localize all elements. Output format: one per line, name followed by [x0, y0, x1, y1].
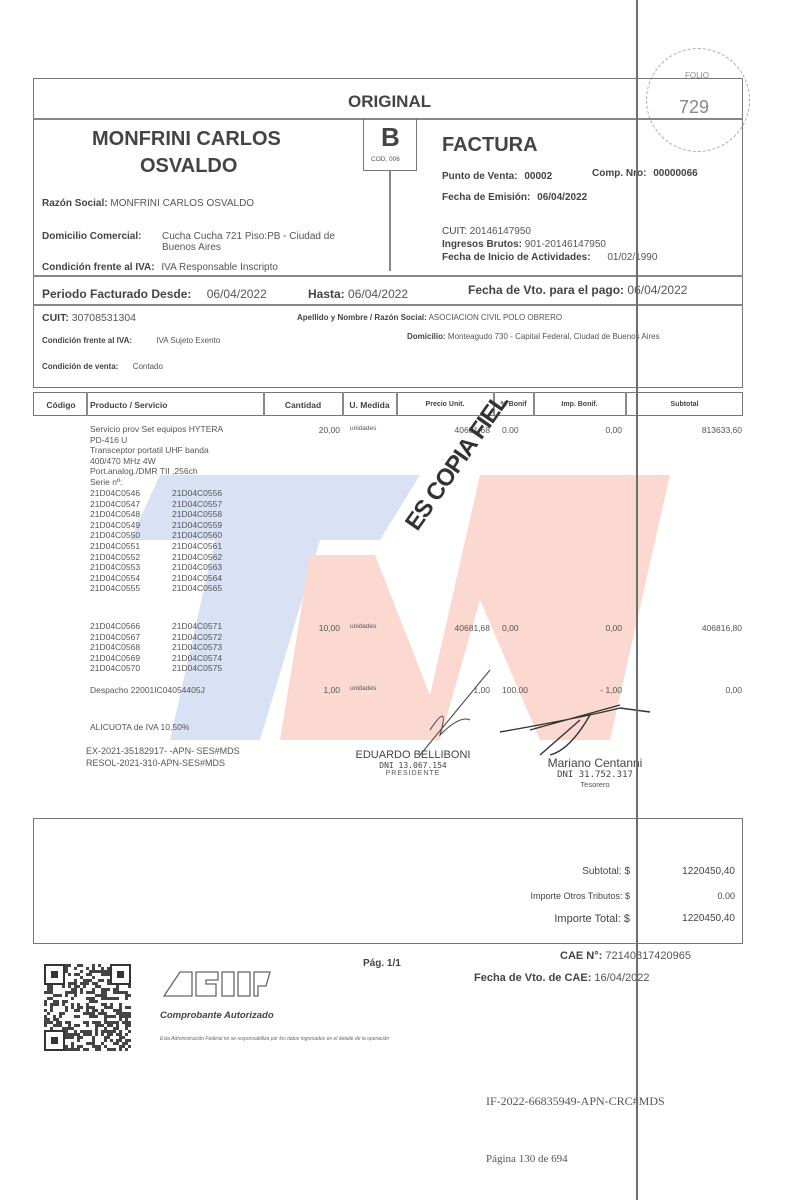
inicio-actividades-label: Fecha de Inicio de Actividades:: [442, 252, 591, 263]
cae-vto: Fecha de Vto. de CAE: 16/04/2022: [474, 972, 649, 984]
cae-value: 72140817420965: [605, 950, 691, 962]
ingresos-brutos-label: Ingresos Brutos:: [442, 239, 522, 250]
document-id: IF-2022-66835949-APN-CRC#MDS: [486, 1094, 665, 1109]
row-imp-bonif: 0,00: [540, 623, 622, 633]
importe-total-value: 1220450,40: [640, 913, 735, 924]
afip-logo: [162, 968, 272, 998]
row-bonif: 0,00: [502, 623, 542, 633]
client-cuit-label: CUIT:: [42, 312, 69, 324]
period-desde-value: 06/04/2022: [207, 287, 267, 301]
serial-row: 21D04C057021D04C0575: [90, 663, 222, 674]
issuer-iva-label: Condición frente al IVA:: [42, 262, 155, 273]
row-unidad: unidades: [350, 425, 400, 432]
serial-row: 21D04C056621D04C0571: [90, 621, 222, 632]
ingresos-brutos-value: 901-20146147950: [525, 239, 606, 250]
client-venta: Condición de venta: Contado: [42, 362, 163, 371]
client-nombre-value: ASOCIACION CIVIL POLO OBRERO: [429, 313, 563, 322]
cae-label: CAE N°:: [560, 950, 602, 962]
punto-venta-value: 00002: [524, 171, 552, 182]
signature-scribbles: [380, 660, 660, 760]
cae-vto-label: Fecha de Vto. de CAE:: [474, 972, 591, 984]
client-venta-label: Condición de venta:: [42, 362, 118, 371]
cae-number: CAE N°: 72140817420965: [560, 950, 691, 962]
row-cantidad: 10,00: [270, 623, 340, 633]
copy-label: ORIGINAL: [348, 92, 431, 112]
th-codigo: Código: [36, 394, 86, 416]
th-subtotal: Subtotal: [626, 394, 743, 416]
serial-row: 21D04C054921D04C0559: [90, 520, 222, 531]
signer-name: Mariano Centanni: [530, 756, 660, 770]
row-unidad: unidades: [350, 623, 400, 630]
issuer-name-line1: MONFRINI CARLOS: [92, 128, 281, 151]
serials-group-2: 21D04C056621D04C057121D04C056721D04C0572…: [90, 621, 222, 674]
invoice-title: FACTURA: [442, 134, 538, 157]
issuer-iva: Condición frente al IVA: IVA Responsable…: [42, 262, 278, 273]
client-domicilio-label: Domicilio:: [407, 332, 446, 341]
period-desde: Periodo Facturado Desde: 06/04/2022: [42, 287, 267, 301]
domicilio-line1: Cucha Cucha 721 Piso:PB - Ciudad de: [162, 231, 335, 242]
fecha-emision-label: Fecha de Emisión:: [442, 192, 530, 203]
row-subtotal: 406816,80: [640, 623, 742, 633]
row-cantidad: 20,00: [270, 425, 340, 435]
period-desde-label: Periodo Facturado Desde:: [42, 287, 191, 301]
serial-row: 21D04C056721D04C0572: [90, 632, 222, 643]
issuer-domicilio-value: Cucha Cucha 721 Piso:PB - Ciudad de Buen…: [162, 231, 335, 253]
item-description: Servicio prov Set equipos HYTERAPD-416 U…: [90, 424, 223, 488]
razon-social-value: MONFRINI CARLOS OSVALDO: [110, 198, 254, 209]
serial-row: 21D04C055321D04C0563: [90, 562, 222, 573]
cuit-value: 20146147950: [470, 226, 531, 237]
serial-row: 21D04C054721D04C0557: [90, 499, 222, 510]
domicilio-line2: Buenos Aires: [162, 242, 335, 253]
client-cuit: CUIT: 30708531304: [42, 312, 136, 324]
th-imp-bonif: Imp. Bonif.: [534, 394, 625, 416]
invoice-type-letter: B: [381, 122, 400, 153]
serials-group-1: 21D04C054621D04C055621D04C054721D04C0557…: [90, 488, 222, 594]
description-line: 400/470 MHz 4W: [90, 456, 223, 467]
serial-row: 21D04C054621D04C0556: [90, 488, 222, 499]
row-imp-bonif: 0,00: [540, 425, 622, 435]
fecha-emision: Fecha de Emisión: 06/04/2022: [442, 192, 587, 203]
subtotal-value: 1220450,40: [640, 866, 735, 877]
punto-venta-label: Punto de Venta:: [442, 171, 518, 182]
ref-expediente: EX-2021-35182917- -APN- SES#MDS: [86, 746, 240, 757]
period-vto-label: Fecha de Vto. para el pago:: [468, 283, 624, 297]
punto-venta: Punto de Venta: 00002: [442, 171, 552, 182]
serial-row: 21D04C055021D04C0560: [90, 530, 222, 541]
importe-total-label: Importe Total: $: [400, 913, 630, 925]
client-cuit-value: 30708531304: [72, 312, 136, 324]
page-indicator: Pág. 1/1: [363, 958, 401, 969]
comprobante-autorizado: Comprobante Autorizado: [160, 1010, 274, 1021]
issuer-name-line2: OSVALDO: [140, 155, 237, 178]
comp-nro-value: 00000066: [653, 168, 698, 179]
serial-row: 21D04C054821D04C0558: [90, 509, 222, 520]
client-nombre-label: Apellido y Nombre / Razón Social:: [297, 313, 427, 322]
client-nombre: Apellido y Nombre / Razón Social: ASOCIA…: [297, 313, 562, 322]
period-hasta-label: Hasta:: [308, 287, 345, 301]
row-subtotal: 813633,60: [640, 425, 742, 435]
afip-disclaimer: Esta Administración Federal no se respon…: [160, 1036, 389, 1042]
signer-role: PRESIDENTE: [348, 770, 478, 777]
razon-social-label: Razón Social:: [42, 198, 108, 209]
qr-code: [44, 964, 132, 1052]
period-vto: Fecha de Vto. para el pago: 06/04/2022: [468, 283, 687, 297]
client-domicilio-value: Monteagudo 730 - Capital Federal, Ciudad…: [448, 332, 660, 341]
inicio-actividades-value: 01/02/1990: [607, 252, 657, 263]
serial-row: 21D04C055421D04C0564: [90, 573, 222, 584]
issuer-tax-info: CUIT: 20146147950 Ingresos Brutos: 901-2…: [442, 225, 657, 264]
serial-row: 21D04C056921D04C0574: [90, 653, 222, 664]
issuer-razon-social: Razón Social: MONFRINI CARLOS OSVALDO: [42, 198, 254, 209]
description-line: Servicio prov Set equipos HYTERA: [90, 424, 223, 435]
client-iva-label: Condición frente al IVA:: [42, 336, 132, 345]
client-iva: Condición frente al IVA: IVA Sujeto Exen…: [42, 336, 220, 345]
comp-nro: Comp. Nro: 00000066: [592, 168, 698, 179]
page-fold-line: [636, 0, 638, 1200]
period-hasta: Hasta: 06/04/2022: [308, 287, 408, 301]
alicuota-iva: ALICUOTA de IVA 10,50%: [90, 722, 189, 733]
client-iva-value: IVA Sujeto Exento: [156, 336, 220, 345]
client-venta-value: Contado: [133, 362, 163, 371]
invoice-type-box: B COD. 006: [363, 118, 417, 171]
signature-tesorero: Mariano Centanni DNI 31.752.317 Tesorero: [530, 756, 660, 789]
domicilio-label: Domicilio Comercial:: [42, 231, 141, 242]
row-cantidad: 1,00: [270, 685, 340, 695]
client-domicilio: Domicilio: Monteagudo 730 - Capital Fede…: [407, 332, 660, 341]
comp-nro-label: Comp. Nro:: [592, 168, 646, 179]
otros-tributos-label: Importe Otros Tributos: $: [400, 891, 630, 901]
despacho: Despacho 22001IC04054405J: [90, 685, 205, 696]
period-hasta-value: 06/04/2022: [348, 287, 408, 301]
th-cantidad: Cantidad: [264, 394, 342, 416]
cae-vto-value: 16/04/2022: [594, 972, 649, 984]
serial-row: 21D04C055121D04C0561: [90, 541, 222, 552]
row-bonif: 0.00: [502, 425, 542, 435]
th-producto: Producto / Servicio: [90, 394, 260, 416]
description-line: Serie nº:: [90, 477, 223, 488]
page-of-total: Página 130 de 694: [486, 1153, 568, 1165]
serial-row: 21D04C055221D04C0562: [90, 552, 222, 563]
ref-resolucion: RESOL-2021-310-APN-SES#MDS: [86, 758, 225, 769]
signer-role: Tesorero: [530, 780, 660, 789]
signer-name: EDUARDO BELLIBONI: [348, 749, 478, 761]
serial-row: 21D04C055521D04C0565: [90, 583, 222, 594]
signer-dni: DNI 13.067.154: [348, 761, 478, 770]
fecha-emision-value: 06/04/2022: [537, 192, 587, 203]
cuit-label: CUIT:: [442, 226, 467, 237]
signature-presidente: EDUARDO BELLIBONI DNI 13.067.154 PRESIDE…: [348, 749, 478, 777]
row-precio: 40681,68: [400, 623, 490, 633]
issuer-iva-value: IVA Responsable Inscripto: [161, 262, 278, 273]
serial-row: 21D04C056821D04C0573: [90, 642, 222, 653]
description-line: Port.analog./DMR TII ,256ch: [90, 466, 223, 477]
subtotal-label: Subtotal: $: [400, 866, 630, 877]
issuer-domicilio: Domicilio Comercial:: [42, 231, 141, 242]
signer-dni: DNI 31.752.317: [530, 770, 660, 780]
invoice-type-code: COD. 006: [371, 156, 400, 163]
description-line: Transceptor portatil UHF banda: [90, 445, 223, 456]
th-unidad: U. Medida: [343, 394, 396, 416]
otros-tributos-value: 0.00: [640, 891, 735, 901]
description-line: PD-416 U: [90, 435, 223, 446]
